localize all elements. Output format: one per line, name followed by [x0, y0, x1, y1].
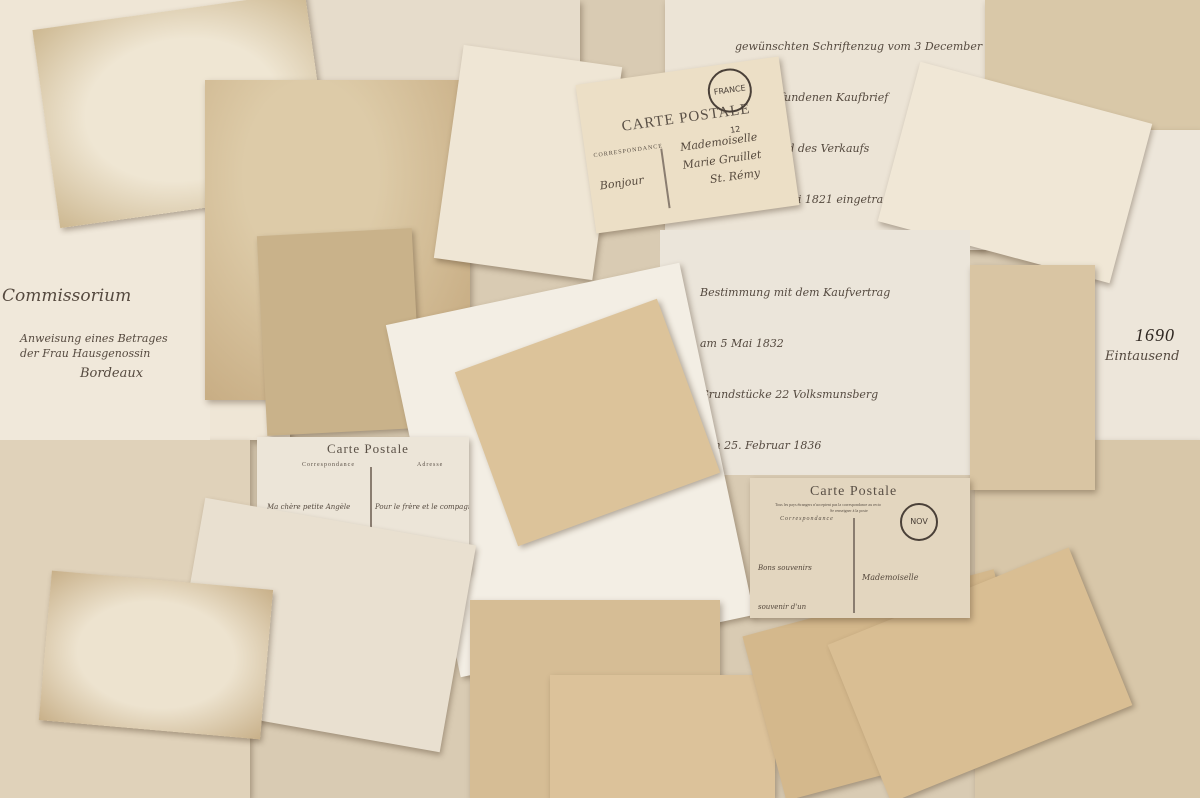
- letter-line: am 5 Mai 1832: [700, 335, 890, 352]
- commissorium-document: Commissorium Anweisung eines Betrages de…: [0, 220, 210, 440]
- postcard-title: Carte Postale: [327, 441, 409, 457]
- document-line: der Frau Hausgenossin: [20, 345, 150, 362]
- postcard-line: Pour le frère et le compagnon: [375, 501, 469, 514]
- postcard-title: Carte Postale: [810, 484, 897, 500]
- document-heading: Commissorium: [2, 288, 131, 305]
- postcard-line: Mademoiselle: [862, 569, 924, 587]
- postcard-top-center: CARTE POSTALE CORRESPONDANCE Bonjour Mad…: [576, 56, 800, 233]
- postcard-subtitle2: Se renseigner à la poste: [830, 508, 868, 513]
- letter-line: Bestimmung mit dem Kaufvertrag: [700, 284, 890, 301]
- letter-line: den 25. Februar 1836: [700, 437, 890, 454]
- postcard-line: Bons souvenirs: [758, 562, 813, 575]
- ledger-line: Eintausend: [1105, 348, 1179, 365]
- postcard-correspondance-label: CORRESPONDANCE: [593, 143, 663, 159]
- postcard-divider: [853, 518, 855, 613]
- envelope-bottom-center-front: [550, 675, 775, 798]
- postcard-line: souvenir d'un: [758, 601, 813, 614]
- document-line: Bordeaux: [80, 365, 143, 382]
- postcard-left-line: Bonjour: [599, 172, 645, 195]
- stained-card-bottom-left: [39, 571, 273, 740]
- center-letter-text: Bestimmung mit dem Kaufvertrag am 5 Mai …: [700, 250, 890, 475]
- letter-line: Grundstücke 22 Volksmunsberg: [700, 386, 890, 403]
- right-small-letter: [970, 265, 1095, 490]
- ledger-amount: 1690: [1135, 325, 1175, 346]
- postcard-divider: [660, 149, 670, 209]
- postcard-adresse-label: Adresse: [417, 462, 443, 468]
- postcard-address-lines: Mademoiselle avenue Meaux Seine et Marne: [862, 533, 924, 618]
- postcard-subtitle: Tous les pays étrangers n'acceptent pas …: [775, 502, 881, 507]
- postcard-left-lines: Bons souvenirs souvenir d'un voyageur su…: [758, 536, 813, 618]
- postcard-correspondance-label: Correspondance: [780, 516, 834, 522]
- ledger-line: gewünschten Schriftenzug vom 3 December: [735, 38, 982, 55]
- postmark-stamp: NOV: [900, 503, 938, 541]
- postcard-mid-right: Carte Postale Tous les pays étrangers n'…: [750, 478, 970, 618]
- postcard-correspondance-label: Correspondance: [302, 462, 355, 468]
